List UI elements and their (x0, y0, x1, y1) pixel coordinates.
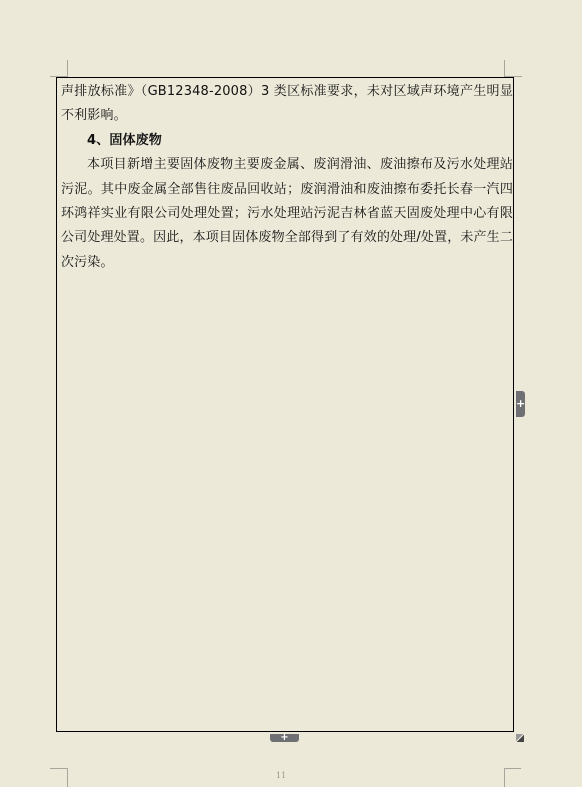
paragraph-noise-standard: 声排放标准》（GB12348-2008）3 类区标准要求，未对区域声环境产生明显… (61, 80, 513, 129)
crop-mark-bottom-right-v (504, 768, 505, 787)
expand-right-button[interactable]: + (516, 391, 525, 417)
crop-mark-top-left-v (67, 60, 68, 77)
paragraph-solid-waste: 本项目新增主要固体废物主要废金属、废润滑油、废油擦布及污水处理站污泥。其中废金属… (61, 153, 513, 275)
plus-icon: + (516, 397, 525, 410)
section-heading-solid-waste: 4、固体废物 (61, 129, 513, 153)
plus-icon: + (280, 732, 288, 743)
crop-mark-bottom-left-h (50, 768, 67, 769)
crop-mark-bottom-right-h (504, 768, 521, 769)
document-body[interactable]: 声排放标准》（GB12348-2008）3 类区标准要求，未对区域声环境产生明显… (61, 80, 513, 275)
expand-bottom-button[interactable]: + (270, 734, 299, 742)
crop-mark-top-right-v (504, 60, 505, 77)
resize-handle-icon[interactable] (516, 734, 524, 742)
crop-mark-bottom-left-v (67, 768, 68, 787)
page-number: 11 (276, 771, 286, 780)
